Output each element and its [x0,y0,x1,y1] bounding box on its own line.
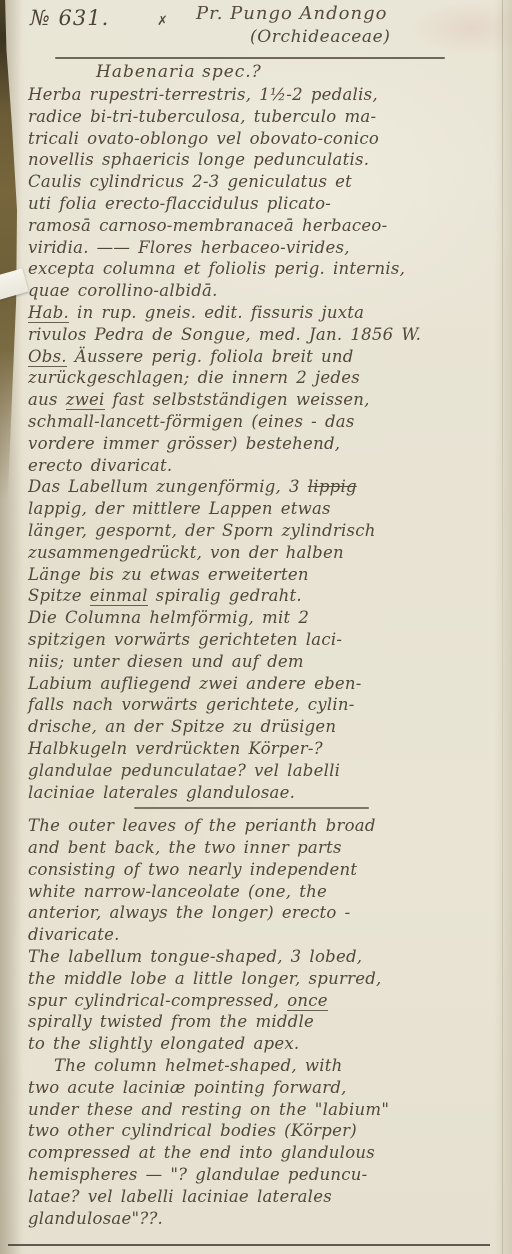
text-line: zurückgeschlagen; die innern 2 jedes [28,367,502,389]
footer-rule [8,1244,490,1246]
text-line: Spitze einmal spiralig gedraht. [28,585,502,607]
text-line: Die Columna helmförmig, mit 2 [28,607,502,629]
text-line: Hab. in rup. gneis. edit. fissuris juxta [28,302,502,324]
underlined-word: once [287,991,328,1011]
text-line: glandulae pedunculatae? vel labelli [28,760,502,782]
underlined-word: Obs. [28,347,67,367]
text-line: Das Labellum zungenförmig, 3 lippig [28,476,502,498]
text-line: the middle lobe a little longer, spurred… [28,968,502,990]
habitat: Hab. in rup. gneis. edit. fissuris juxta… [28,302,502,346]
underlined-word: zwei [66,390,105,410]
text-line: compressed at the end into glandulous [28,1142,502,1164]
text-line: laciniae laterales glandulosae. [28,782,502,804]
text-line: The labellum tongue-shaped, 3 lobed, [28,946,502,968]
family-name: (Orchideaceae) [250,27,391,47]
text-line: glandulosae"??. [28,1208,502,1230]
text-line: Labium aufliegend zwei andere eben- [28,673,502,695]
text-line: falls nach vorwärts gerichtete, cylin- [28,694,502,716]
description-latin: Herba rupestri-terrestris, 1½-2 pedalis,… [28,84,502,302]
text-line: radice bi-tri-tuberculosa, tuberculo ma- [28,106,502,128]
section-divider [134,807,369,809]
observation-german: Obs. Äussere perig. foliola breit undzur… [28,346,502,477]
text-line: schmall-lancett-förmigen (eines - das [28,411,502,433]
struck-word: lippig [308,477,357,496]
specimen-number: № 631. [30,6,109,30]
text-line: to the slightly elongated apex. [28,1033,502,1055]
text-line: two other cylindrical bodies (Körper) [28,1120,502,1142]
labellum-english: The labellum tongue-shaped, 3 lobed,the … [28,946,502,1055]
text-line: Caulis cylindricus 2-3 geniculatus et [28,171,502,193]
text-line: divaricate. [28,924,502,946]
species-title: Habenaria spec.? [96,62,262,82]
text-line: white narrow-lanceolate (one, the [28,881,502,903]
text-line: vordere immer grösser) bestehend, [28,433,502,455]
cross-mark-icon: ✗ [157,14,168,29]
columna-german: Die Columna helmförmig, mit 2spitzigen v… [28,607,502,803]
text-line: aus zwei fast selbstständigen weissen, [28,389,502,411]
page-edge-line [502,0,503,1254]
labellum-german: Das Labellum zungenförmig, 3 lippiglappi… [28,476,502,607]
text-line: anterior, always the longer) erecto - [28,902,502,924]
text-line: consisting of two nearly independent [28,859,502,881]
text-line: Halbkugeln verdrückten Körper-? [28,738,502,760]
text-line: Obs. Äussere perig. foliola breit und [28,346,502,368]
manuscript-body: Herba rupestri-terrestris, 1½-2 pedalis,… [28,84,502,1229]
perianth-english: The outer leaves of the perianth broadan… [28,815,502,946]
text-line: hemispheres — "? glandulae peduncu- [28,1164,502,1186]
manuscript-page: № 631. ✗ Pr. Pungo Andongo (Orchideaceae… [0,0,512,1254]
text-line: ramosā carnoso-membranaceā herbaceo- [28,215,502,237]
text-line: spitzigen vorwärts gerichteten laci- [28,629,502,651]
text-line: länger, gespornt, der Sporn zylindrisch [28,520,502,542]
text-line: Länge bis zu etwas erweiterten [28,564,502,586]
text-line: The column helmet-shaped, with [28,1055,502,1077]
text-line: uti folia erecto-flaccidulus plicato- [28,193,502,215]
text-line: zusammengedrückt, von der halben [28,542,502,564]
text-line: erecto divaricat. [28,455,502,477]
column-english: The column helmet-shaped, withtwo acute … [28,1055,502,1229]
text-line: niis; unter diesen und auf dem [28,651,502,673]
text-line: Herba rupestri-terrestris, 1½-2 pedalis, [28,84,502,106]
text-line: spirally twisted from the middle [28,1011,502,1033]
text-line: rivulos Pedra de Songue, med. Jan. 1856 … [28,324,502,346]
underlined-word: Hab. [28,303,69,323]
text-line: and bent back, the two inner parts [28,837,502,859]
header: № 631. ✗ Pr. Pungo Andongo (Orchideaceae… [0,0,512,84]
text-line: quae corollino-albidā. [28,280,502,302]
text-line: latae? vel labelli laciniae laterales [28,1186,502,1208]
text-line: The outer leaves of the perianth broad [28,815,502,837]
text-line: lappig, der mittlere Lappen etwas [28,498,502,520]
header-rule [55,57,445,59]
locality: Pr. Pungo Andongo [196,3,387,24]
underlined-word: einmal [90,586,148,606]
text-line: novellis sphaericis longe pedunculatis. [28,149,502,171]
text-line: excepta columna et foliolis perig. inter… [28,258,502,280]
text-line: under these and resting on the "labium" [28,1099,502,1121]
text-line: spur cylindrical-compressed, once [28,990,502,1012]
text-line: drische, an der Spitze zu drüsigen [28,716,502,738]
text-line: tricali ovato-oblongo vel obovato-conico [28,128,502,150]
text-line: two acute laciniæ pointing forward, [28,1077,502,1099]
text-line: viridia. —— Flores herbaceo-virides, [28,237,502,259]
